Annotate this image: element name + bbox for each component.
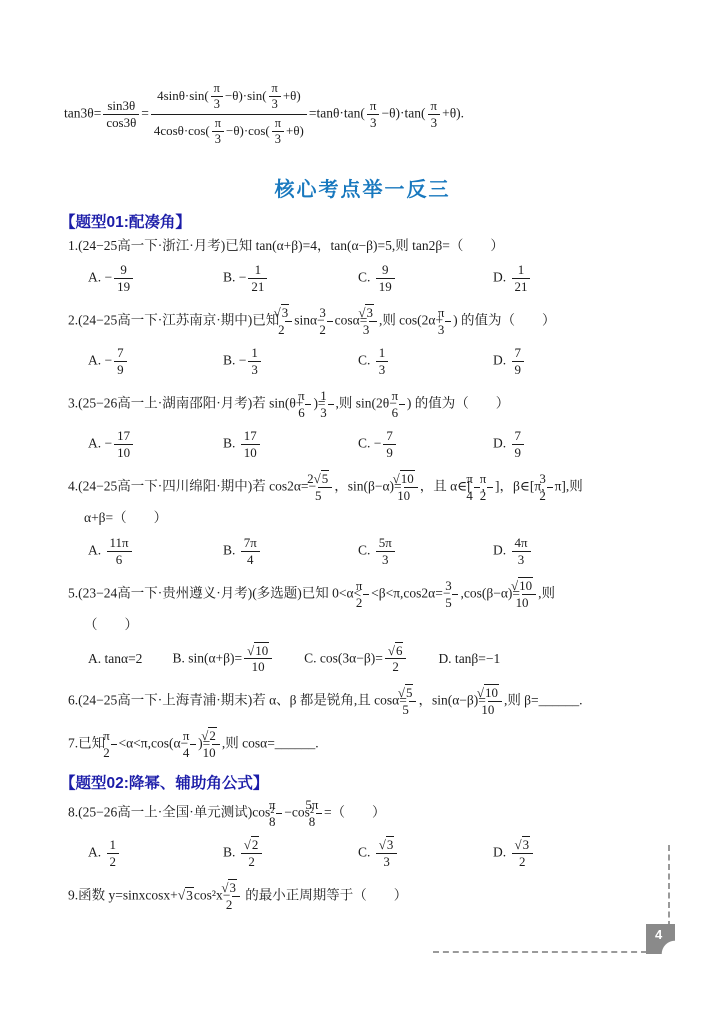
question: 4.(24−25高一下·四川绵阳·期中)若 cos2α=−2√55，sin(β−…	[62, 471, 663, 568]
fraction: 13	[328, 389, 334, 420]
fraction: 4sinθ·sin(π3−θ)·sin(π3+θ)4cosθ·cos(π3−θ)…	[151, 81, 307, 148]
page-content: tan3θ=sin3θcos3θ=4sinθ·sin(π3−θ)·sin(π3+…	[0, 0, 719, 913]
page-number: 4	[655, 927, 662, 942]
option: B. −13	[223, 345, 358, 378]
fraction: 32	[327, 306, 333, 337]
fraction: 121	[248, 263, 267, 294]
sqrt-radical: √3	[379, 836, 395, 852]
section-heading: 【题型01:配凑角】	[60, 210, 663, 232]
question: 7.已知 π2<α<π,cos(α−π4)=√210,则 cosα=______…	[62, 728, 663, 761]
fraction: sin3θcos3θ	[103, 99, 139, 130]
fraction: √33	[369, 306, 377, 337]
sqrt-radical: √6	[388, 642, 404, 658]
fraction: π3	[269, 82, 281, 112]
option: C. −79	[358, 428, 493, 461]
option: C. 919	[358, 262, 493, 295]
question-stem: 1.(24−25高一下·浙江·月考)已知 tan(α+β)=4，tan(α−β)…	[62, 236, 663, 256]
question-stem: 4.(24−25高一下·四川绵阳·期中)若 cos2α=−2√55，sin(β−…	[62, 471, 663, 504]
question-stem-continued: α+β=（ ）	[62, 508, 663, 528]
fraction: 35	[452, 579, 458, 610]
fraction: √210	[212, 729, 220, 760]
fraction: 13	[376, 346, 388, 377]
question: 2.(24−25高一下·江苏南京·期中)已知 √32sinα−32cosα=√3…	[62, 305, 663, 378]
fraction: 79	[383, 429, 395, 460]
options-row: A. 11π6B. 7π4C. 5π3D. 4π3	[88, 535, 663, 568]
option: A. −919	[88, 262, 223, 295]
question-stem: 2.(24−25高一下·江苏南京·期中)已知 √32sinα−32cosα=√3…	[62, 305, 663, 338]
fraction: √1010	[244, 644, 272, 675]
sqrt-radical: √10	[511, 577, 533, 593]
fraction: π4	[474, 472, 480, 503]
fraction: π3	[211, 82, 223, 112]
fraction: π3	[212, 117, 224, 147]
fraction: π3	[272, 117, 284, 147]
sqrt-radical: √10	[247, 642, 269, 658]
fraction: π4	[190, 729, 196, 760]
option: A. −1710	[88, 428, 223, 461]
question-stem: 6.(24−25高一下·上海青浦·期末)若 α、β 都是锐角,且 cosα=√5…	[62, 685, 663, 718]
option: D. 121	[493, 262, 532, 295]
option: D. 4π3	[493, 535, 533, 568]
question-stem: 7.已知 π2<α<π,cos(α−π4)=√210,则 cosα=______…	[62, 728, 663, 761]
fraction: 919	[376, 263, 395, 294]
fraction: π2	[111, 729, 117, 760]
option: C. cos(3α−β)=√62	[304, 643, 408, 676]
question-stem: 8.(25−26高一上·全国·单元测试)cos²π8−cos²5π8=（ ）	[62, 797, 663, 830]
sqrt-radical: √2	[244, 836, 260, 852]
fraction: 12	[107, 838, 119, 869]
fraction: √22	[241, 838, 263, 869]
fraction: π8	[276, 798, 282, 829]
fraction: 5π8	[316, 798, 322, 829]
option: A. 12	[88, 837, 223, 870]
fraction: √1010	[488, 686, 502, 717]
sqrt-radical: √3	[221, 879, 237, 895]
options-row: A. tanα=2B. sin(α+β)=√1010C. cos(3α−β)=√…	[88, 643, 663, 676]
option: B. −121	[223, 262, 358, 295]
options-row: A. −79B. −13C. 13D. 79	[88, 345, 663, 378]
fraction: √55	[409, 686, 417, 717]
dashed-separator-vertical	[668, 845, 670, 927]
question: 5.(23−24高一下·贵州遵义·月考)(多选题)已知 0<α<π2<β<π,c…	[62, 578, 663, 675]
options-row: A. −919B. −121C. 919D. 121	[88, 262, 663, 295]
fraction: √32	[232, 881, 240, 912]
fraction: 1710	[241, 429, 260, 460]
sqrt-radical: √3	[358, 304, 374, 320]
fraction: √32	[285, 306, 293, 337]
fraction: 4π3	[512, 536, 531, 567]
fraction: 2√55	[318, 472, 332, 503]
fraction: 1710	[114, 429, 133, 460]
sections: 【题型01:配凑角】1.(24−25高一下·浙江·月考)已知 tan(α+β)=…	[62, 210, 663, 914]
options-row: A. 12B. √22C. √33D. √32	[88, 837, 663, 870]
page-corner-badge: 4	[646, 924, 675, 954]
sqrt-radical: √10	[393, 470, 415, 486]
fraction: √1010	[522, 579, 536, 610]
fraction: π2	[363, 579, 369, 610]
page-title: 核心考点举一反三	[62, 173, 663, 202]
fraction: √62	[385, 644, 407, 675]
fraction: π6	[399, 389, 405, 420]
question: 3.(25−26高一上·湖南邵阳·月考)若 sin(θ+π6)=13,则 sin…	[62, 388, 663, 461]
option: D. tanβ=−1	[438, 651, 500, 667]
option: D. 79	[493, 428, 526, 461]
sqrt-radical: √10	[477, 684, 499, 700]
fraction: π6	[305, 389, 311, 420]
option: D. √32	[493, 837, 535, 870]
fraction: π2	[487, 472, 493, 503]
top-identity-formula: tan3θ=sin3θcos3θ=4sinθ·sin(π3−θ)·sin(π3+…	[64, 80, 663, 149]
option: B. √22	[223, 837, 358, 870]
option: C. 13	[358, 345, 493, 378]
option: B. 1710	[223, 428, 358, 461]
section: 【题型02:降幂、辅助角公式】8.(25−26高一上·全国·单元测试)cos²π…	[62, 771, 663, 913]
fraction: π3	[367, 99, 380, 130]
sqrt-radical: √5	[314, 470, 330, 486]
fraction: π3	[428, 99, 441, 130]
fraction: 79	[512, 429, 524, 460]
worksheet-page: tan3θ=sin3θcos3θ=4sinθ·sin(π3−θ)·sin(π3+…	[0, 0, 719, 1009]
option: C. √33	[358, 837, 493, 870]
sqrt-radical: √2	[201, 727, 217, 743]
fraction: √32	[512, 838, 534, 869]
section-heading: 【题型02:降幂、辅助角公式】	[60, 771, 663, 793]
option: A. tanα=2	[88, 651, 142, 667]
fraction: 121	[512, 263, 531, 294]
fraction: √1010	[404, 472, 418, 503]
fraction: 32	[547, 472, 553, 503]
option: B. 7π4	[223, 535, 358, 568]
fraction: 11π6	[107, 536, 132, 567]
question-stem: 9.函数 y=sinxcosx+√3cos²x−√32 的最小正周期等于（ ）	[62, 880, 663, 913]
fraction: 7π4	[241, 536, 260, 567]
question: 1.(24−25高一下·浙江·月考)已知 tan(α+β)=4，tan(α−β)…	[62, 236, 663, 296]
fraction: 5π3	[376, 536, 395, 567]
question-stem: 5.(23−24高一下·贵州遵义·月考)(多选题)已知 0<α<π2<β<π,c…	[62, 578, 663, 611]
sqrt-radical: √5	[398, 684, 414, 700]
section: 【题型01:配凑角】1.(24−25高一下·浙江·月考)已知 tan(α+β)=…	[62, 210, 663, 762]
option: A. −79	[88, 345, 223, 378]
fraction: √33	[376, 838, 398, 869]
dashed-separator-horizontal	[433, 951, 647, 953]
fraction: 13	[248, 346, 260, 377]
question: 9.函数 y=sinxcosx+√3cos²x−√32 的最小正周期等于（ ）	[62, 880, 663, 913]
question-stem: 3.(25−26高一上·湖南邵阳·月考)若 sin(θ+π6)=13,则 sin…	[62, 388, 663, 421]
fraction: 79	[512, 346, 524, 377]
sqrt-radical: √3	[178, 887, 194, 903]
fraction: π3	[445, 306, 451, 337]
options-row: A. −1710B. 1710C. −79D. 79	[88, 428, 663, 461]
question: 6.(24−25高一下·上海青浦·期末)若 α、β 都是锐角,且 cosα=√5…	[62, 685, 663, 718]
sqrt-radical: √3	[274, 304, 290, 320]
fraction: 79	[114, 346, 126, 377]
fraction: 919	[114, 263, 133, 294]
sqrt-radical: √3	[515, 836, 531, 852]
question-stem-continued: （ ）	[62, 615, 663, 635]
option: A. 11π6	[88, 535, 223, 568]
option: C. 5π3	[358, 535, 493, 568]
option: D. 79	[493, 345, 526, 378]
question: 8.(25−26高一上·全国·单元测试)cos²π8−cos²5π8=（ ）A.…	[62, 797, 663, 870]
option: B. sin(α+β)=√1010	[172, 643, 274, 676]
